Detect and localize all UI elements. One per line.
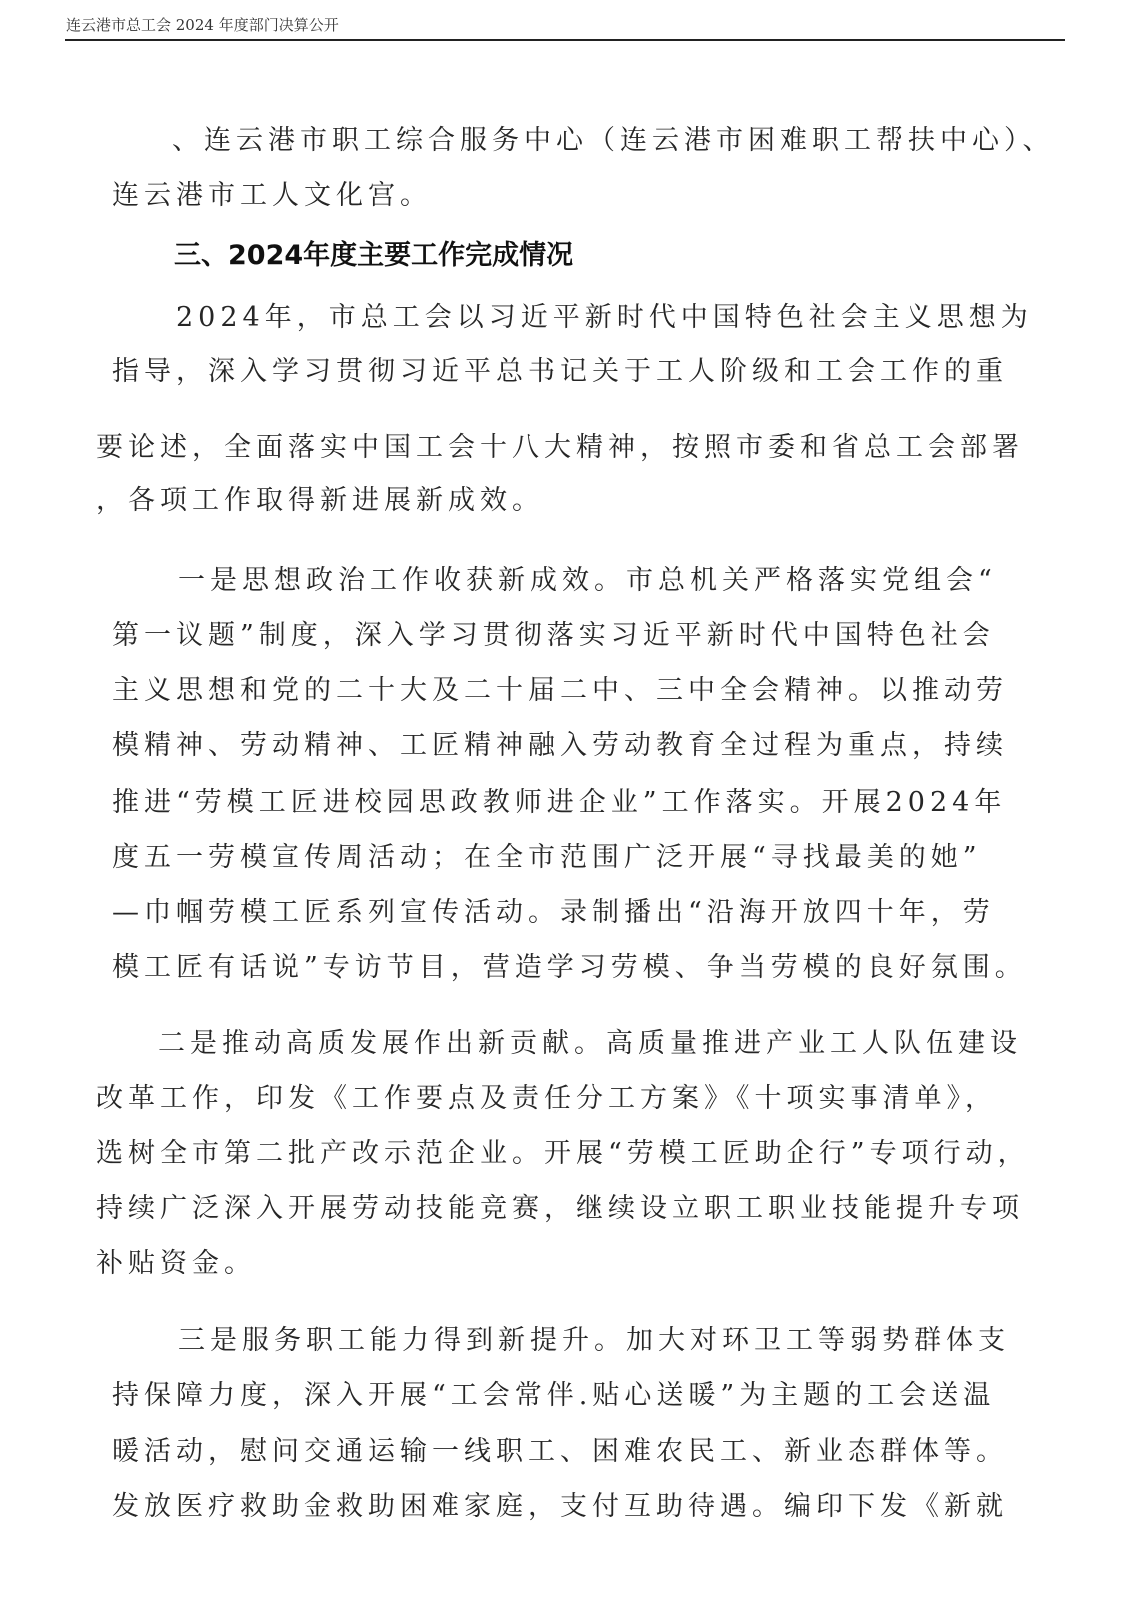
paragraph-line: 二是推动高质发展作出新贡献。高质量推进产业工人队伍建设 (158, 1028, 1022, 1060)
paragraph-line: 改革工作，印发《工作要点及责任分工方案》《十项实事清单》， (96, 1083, 997, 1115)
paragraph-line: 发放医疗救助金救助困难家庭，支付互助待遇。编印下发《新就 (112, 1491, 1008, 1523)
paragraph-line: 2024年，市总工会以习近平新时代中国特色社会主义思想为 (176, 302, 1033, 334)
paragraph-line: 第一议题”制度，深入学习贯彻落实习近平新时代中国特色社会 (112, 620, 995, 652)
paragraph-line: 推进“劳模工匠进校园思政教师进企业”工作落实。开展2024年 (112, 787, 1006, 819)
paragraph-line: 主义思想和党的二十大及二十届二中、三中全会精神。以推动劳 (112, 675, 1008, 707)
paragraph-line: 一是思想政治工作收获新成效。市总机关严格落实党组会“ (178, 565, 997, 597)
paragraph-line: 模工匠有话说”专访节目，营造学习劳模、争当劳模的良好氛围。 (112, 952, 1027, 984)
section-heading: 三、2024年度主要工作完成情况 (174, 240, 573, 272)
paragraph-line: —巾帼劳模工匠系列宣传活动。录制播出“沿海开放四十年，劳 (112, 897, 995, 929)
paragraph-line: 补贴资金。 (96, 1248, 256, 1280)
running-header: 连云港市总工会 2024 年度部门决算公开 (66, 14, 339, 35)
paragraph-line: 暖活动，慰问交通运输一线职工、困难农民工、新业态群体等。 (112, 1436, 1008, 1468)
intro-line: 连云港市工人文化宫。 (112, 180, 432, 212)
paragraph-line: 三是服务职工能力得到新提升。加大对环卫工等弱势群体支 (178, 1325, 1010, 1357)
paragraph-line: 持续广泛深入开展劳动技能竞赛，继续设立职工职业技能提升专项 (96, 1193, 1024, 1225)
paragraph-line: 模精神、劳动精神、工匠精神融入劳动教育全过程为重点，持续 (112, 730, 1008, 762)
paragraph-line: ，各项工作取得新进展新成效。 (96, 485, 544, 517)
paragraph-line: 持保障力度，深入开展“工会常伴.贴心送暖”为主题的工会送温 (112, 1380, 995, 1412)
paragraph-line: 选树全市第二批产改示范企业。开展“劳模工匠助企行”专项行动， (96, 1138, 1030, 1170)
paragraph-line: 度五一劳模宣传周活动；在全市范围广泛开展“寻找最美的她” (112, 842, 982, 874)
intro-line: 、连云港市职工综合服务中心（连云港市困难职工帮扶中心）、 (172, 125, 1055, 157)
paragraph-line: 要论述，全面落实中国工会十八大精神，按照市委和省总工会部署 (96, 432, 1024, 464)
paragraph-line: 指导，深入学习贯彻习近平总书记关于工人阶级和工会工作的重 (112, 356, 1008, 388)
header-rule (65, 39, 1065, 41)
